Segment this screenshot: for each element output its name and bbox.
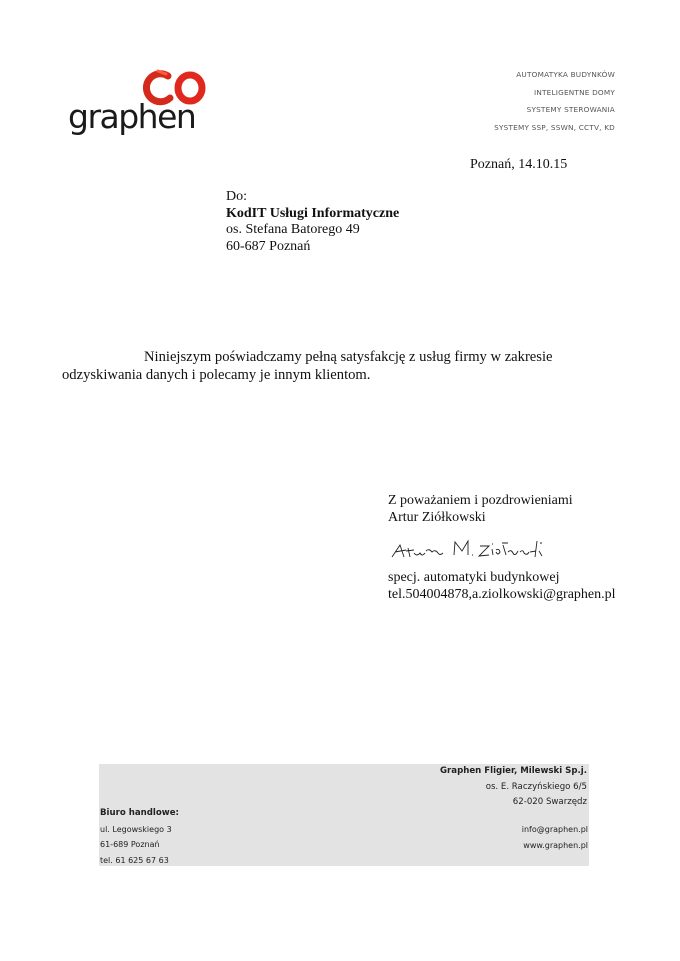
signer-details: specj. automatyki budynkowej tel.5040048… xyxy=(388,570,616,603)
company-contact: info@graphen.pl www.graphen.pl xyxy=(522,822,588,853)
letter-body: Niniejszym poświadczamy pełną satysfakcj… xyxy=(62,348,582,384)
office-street: ul. Legowskiego 3 xyxy=(100,822,179,838)
recipient-street: os. Stefana Batorego 49 xyxy=(226,222,399,239)
service-item: SYSTEMY SSP, SSWN, CCTV, KD xyxy=(494,119,615,137)
services-list: AUTOMATYKA BUDYNKÓW INTELIGENTNE DOMY SY… xyxy=(494,66,615,136)
place-date: Poznań, 14.10.15 xyxy=(470,157,567,173)
company-name: Graphen Fligier, Milewski Sp.j. xyxy=(440,764,587,780)
office-phone: tel. 61 625 67 63 xyxy=(100,853,179,869)
signer-name: Artur Ziółkowski xyxy=(388,510,573,527)
service-item: AUTOMATYKA BUDYNKÓW xyxy=(494,66,615,84)
handwritten-signature xyxy=(388,533,558,563)
body-line-2: odzyskiwania danych i polecamy je innym … xyxy=(62,366,582,384)
company-address: Graphen Fligier, Milewski Sp.j. os. E. R… xyxy=(440,764,587,811)
recipient-company: KodIT Usługi Informatyczne xyxy=(226,206,399,223)
closing-block: Z poważaniem i pozdrowieniami Artur Ziół… xyxy=(388,493,573,526)
company-email: info@graphen.pl xyxy=(522,822,588,838)
letter-footer: Graphen Fligier, Milewski Sp.j. os. E. R… xyxy=(99,764,589,866)
signer-contact: tel.504004878,a.ziolkowski@graphen.pl xyxy=(388,587,616,604)
company-logo: graphen xyxy=(68,68,208,148)
signer-title: specj. automatyki budynkowej xyxy=(388,570,616,587)
closing-phrase: Z poważaniem i pozdrowieniami xyxy=(388,493,573,510)
company-website: www.graphen.pl xyxy=(522,838,588,854)
recipient-city: 60-687 Poznań xyxy=(226,239,399,256)
body-line-1: Niniejszym poświadczamy pełną satysfakcj… xyxy=(144,349,553,365)
service-item: SYSTEMY STEROWANIA xyxy=(494,101,615,119)
company-city: 62-020 Swarzędz xyxy=(440,795,587,811)
sales-office: Biuro handlowe: ul. Legowskiego 3 61-689… xyxy=(100,806,179,868)
office-heading: Biuro handlowe: xyxy=(100,806,179,822)
logo-wordmark: graphen xyxy=(68,100,195,133)
office-city: 61-689 Poznań xyxy=(100,837,179,853)
service-item: INTELIGENTNE DOMY xyxy=(494,84,615,102)
recipient-block: Do: KodIT Usługi Informatyczne os. Stefa… xyxy=(226,189,399,255)
company-street: os. E. Raczyńskiego 6/5 xyxy=(440,780,587,796)
recipient-label: Do: xyxy=(226,189,399,206)
